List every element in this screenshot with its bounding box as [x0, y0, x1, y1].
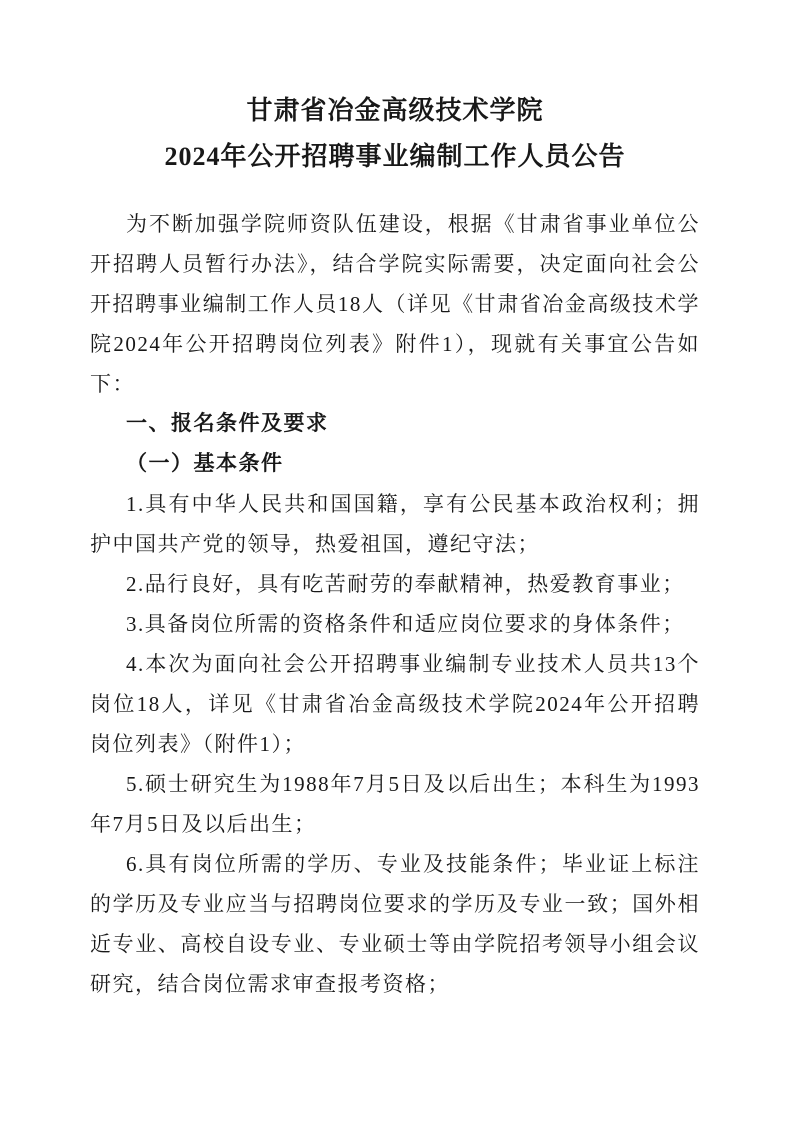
intro-paragraph: 为不断加强学院师资队伍建设，根据《甘肃省事业单位公开招聘人员暂行办法》，结合学院… [90, 204, 700, 404]
document-body: 为不断加强学院师资队伍建设，根据《甘肃省事业单位公开招聘人员暂行办法》，结合学院… [90, 204, 700, 1004]
document-title-line2: 2024年公开招聘事业编制工作人员公告 [90, 134, 700, 180]
document-title: 甘肃省冶金高级技术学院 2024年公开招聘事业编制工作人员公告 [90, 88, 700, 180]
condition-item-2: 2.品行良好，具有吃苦耐劳的奉献精神，热爱教育事业； [90, 564, 700, 604]
condition-item-1: 1.具有中华人民共和国国籍，享有公民基本政治权利；拥护中国共产党的领导，热爱祖国… [90, 484, 700, 564]
condition-item-6: 6.具有岗位所需的学历、专业及技能条件；毕业证上标注的学历及专业应当与招聘岗位要… [90, 844, 700, 1004]
subsection-heading-1: （一）基本条件 [90, 444, 700, 484]
condition-item-5: 5.硕士研究生为1988年7月5日及以后出生；本科生为1993年7月5日及以后出… [90, 764, 700, 844]
condition-item-4: 4.本次为面向社会公开招聘事业编制专业技术人员共13个岗位18人，详见《甘肃省冶… [90, 644, 700, 764]
document-page: 甘肃省冶金高级技术学院 2024年公开招聘事业编制工作人员公告 为不断加强学院师… [0, 0, 793, 1122]
document-title-line1: 甘肃省冶金高级技术学院 [90, 88, 700, 134]
condition-item-3: 3.具备岗位所需的资格条件和适应岗位要求的身体条件； [90, 604, 700, 644]
section-heading-1: 一、报名条件及要求 [90, 404, 700, 444]
